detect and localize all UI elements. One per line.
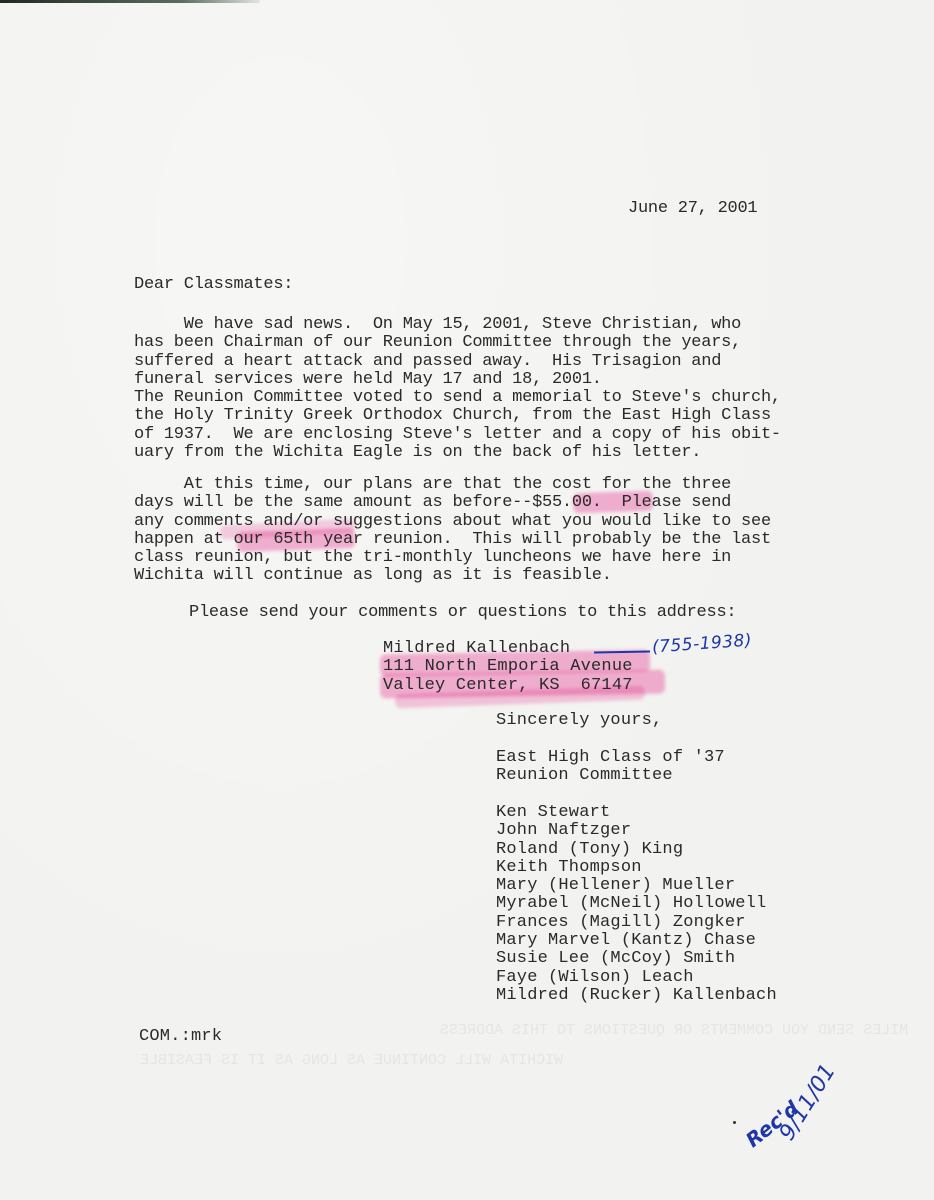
letter-page: MILES SEND YOU COMMENTS OR QUESTIONS TO …: [0, 0, 934, 1200]
scan-edge: [0, 0, 260, 3]
bleed-through-text: MILES SEND YOU COMMENTS OR QUESTIONS TO …: [440, 1022, 908, 1039]
bleed-through-text: WICHITA WILL CONTINUE AS LONG AS IT IS F…: [140, 1052, 563, 1069]
closing: Sincerely yours,: [496, 712, 662, 730]
paragraph-reunion-plans: At this time, our plans are that the cos…: [134, 476, 771, 586]
handwritten-phone-note: (755-1938): [651, 631, 752, 658]
typist-initials: COM.:mrk: [139, 1028, 222, 1046]
salutation: Dear Classmates:: [134, 276, 293, 294]
ink-dot: [733, 1121, 736, 1124]
committee-member-list: Ken Stewart John Naftzger Roland (Tony) …: [496, 804, 777, 1005]
contact-address: Mildred Kallenbach 111 North Emporia Ave…: [383, 640, 633, 695]
paragraph-contact-request: Please send your comments or questions t…: [189, 604, 736, 622]
committee-signature: East High Class of '37 Reunion Committee: [496, 749, 725, 786]
letter-date: June 27, 2001: [628, 200, 757, 218]
paragraph-sad-news: We have sad news. On May 15, 2001, Steve…: [134, 316, 781, 462]
